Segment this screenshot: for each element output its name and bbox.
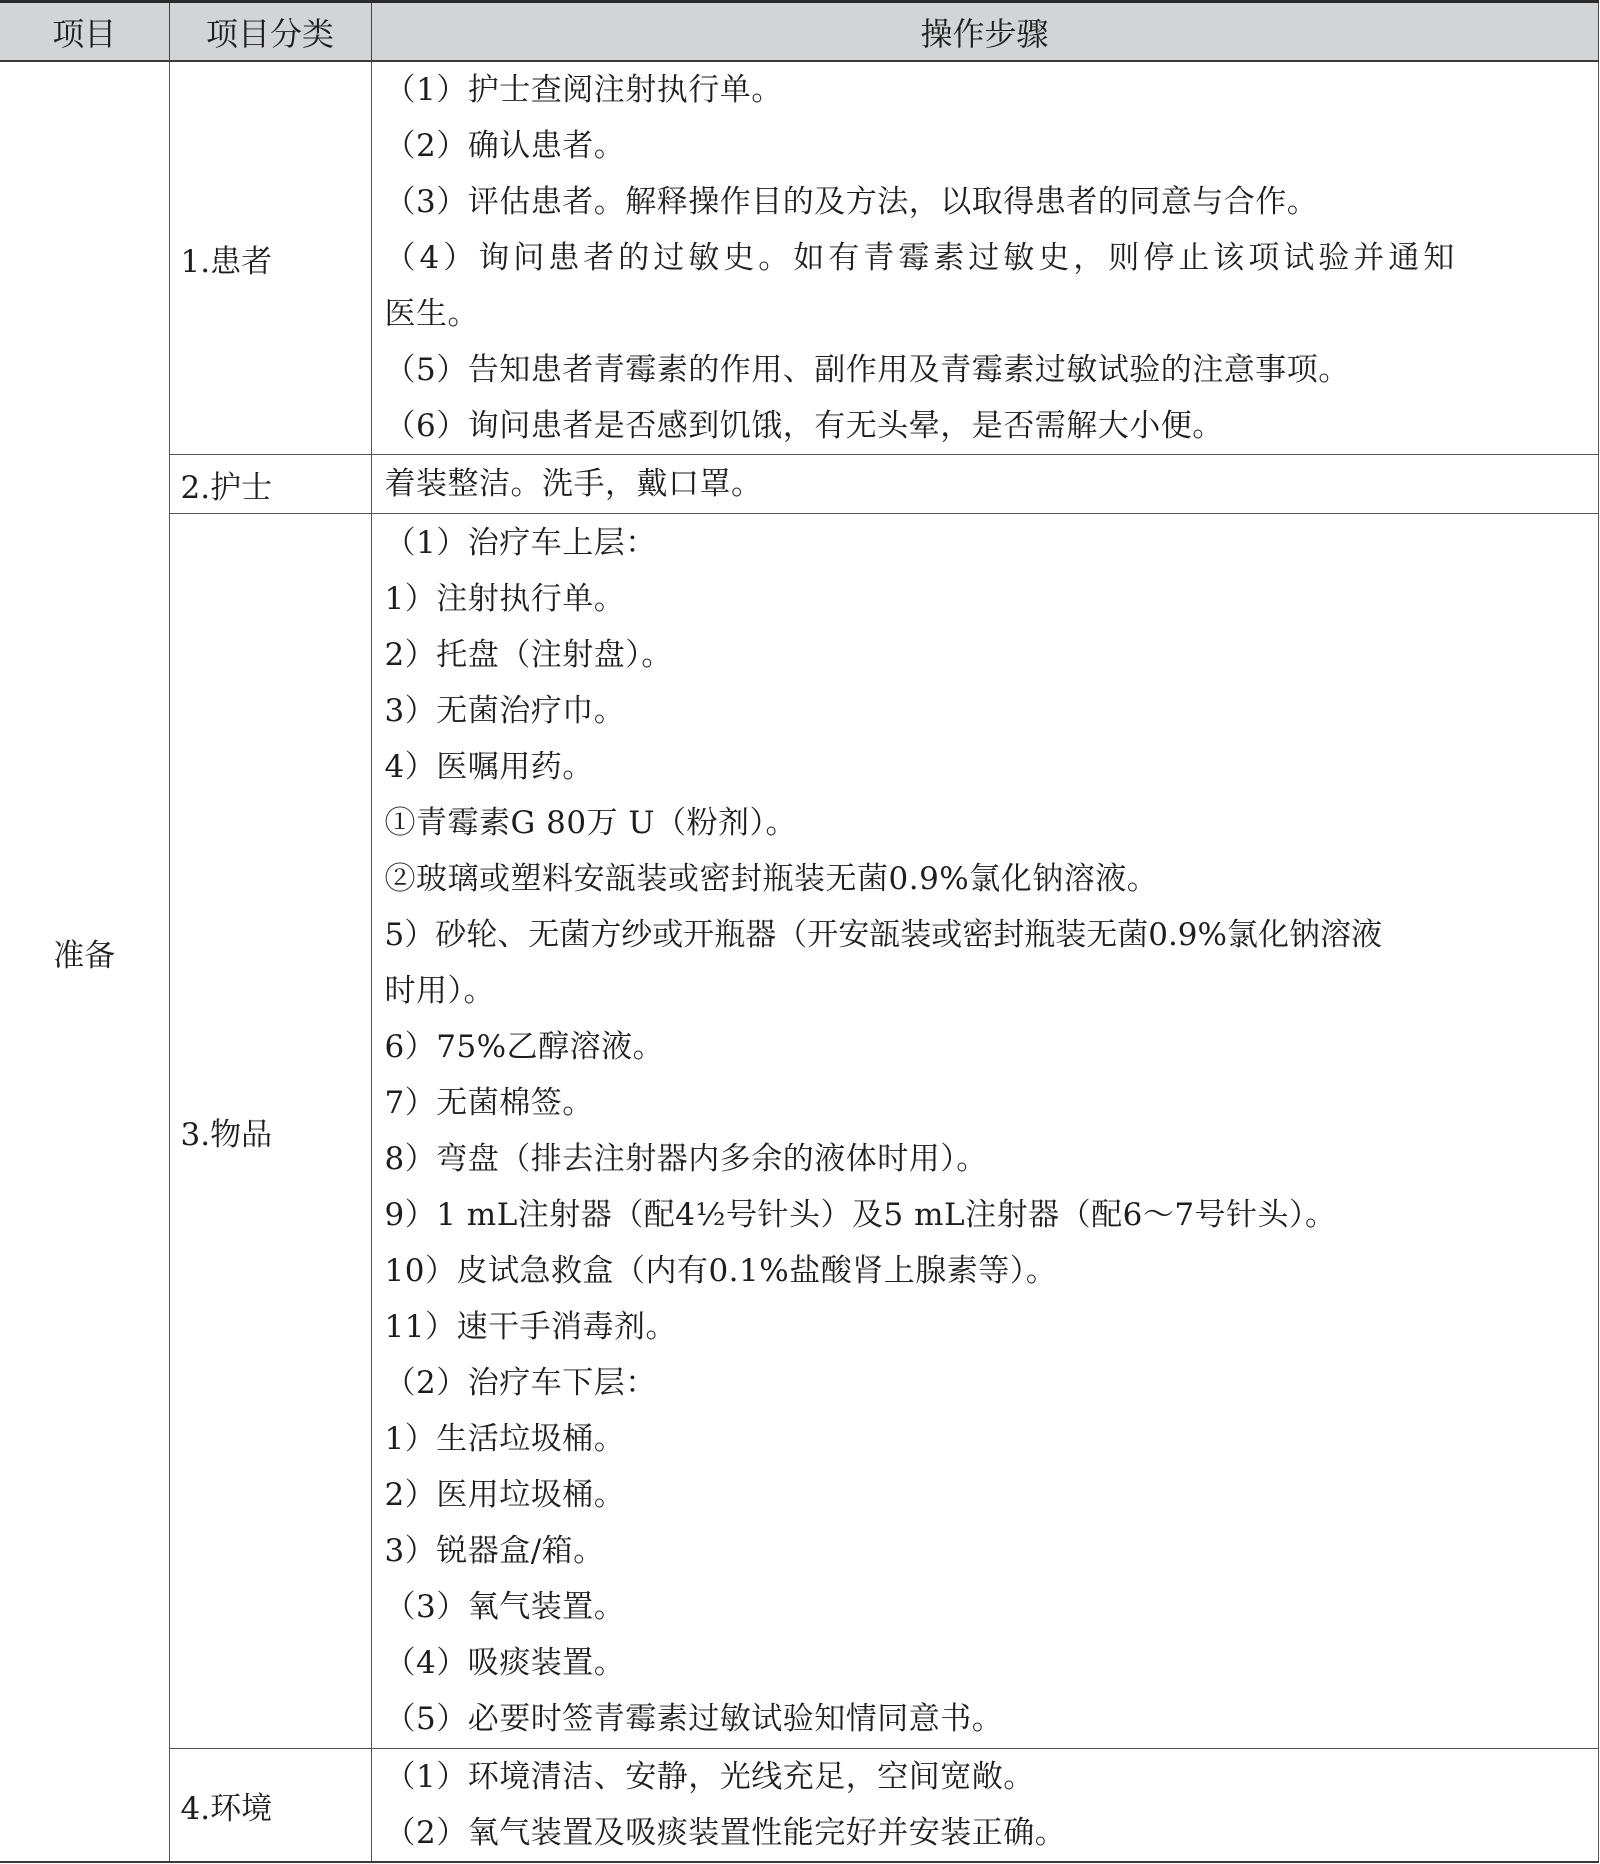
step-line: 2）医用垃圾桶。 bbox=[385, 1467, 1588, 1523]
step-line: （1）护士查阅注射执行单。 bbox=[385, 62, 1588, 118]
step-line: （1）治疗车上层： bbox=[385, 515, 1588, 571]
section-cell: 准备 bbox=[0, 61, 169, 1862]
step-line: （5）告知患者青霉素的作用、副作用及青霉素过敏试验的注意事项。 bbox=[385, 342, 1588, 398]
step-line: 4）医嘱用药。 bbox=[385, 739, 1588, 795]
procedure-table: 项目 项目分类 操作步骤 准备 1.患者 （1）护士查阅注射执行单。 （2）确认… bbox=[0, 0, 1599, 1863]
category-cell: 2.护士 bbox=[169, 455, 371, 514]
category-cell: 3.物品 bbox=[169, 514, 371, 1749]
step-line: 1）注射执行单。 bbox=[385, 571, 1588, 627]
step-line: 着装整洁。洗手，戴口罩。 bbox=[385, 456, 1588, 512]
step-line: 6）75%乙醇溶液。 bbox=[385, 1019, 1588, 1075]
step-line: （3）氧气装置。 bbox=[385, 1579, 1588, 1635]
step-line: ①青霉素G 80万 U（粉剂）。 bbox=[385, 795, 1588, 851]
step-line: （4）吸痰装置。 bbox=[385, 1635, 1588, 1691]
step-line: 时用）。 bbox=[385, 963, 1588, 1019]
table-row: 4.环境 （1）环境清洁、安静，光线充足，空间宽敞。 （2）氧气装置及吸痰装置性… bbox=[0, 1749, 1598, 1863]
step-line: （2）氧气装置及吸痰装置性能完好并安装正确。 bbox=[385, 1805, 1588, 1861]
step-line: （1）环境清洁、安静，光线充足，空间宽敞。 bbox=[385, 1749, 1588, 1805]
steps-cell: （1）环境清洁、安静，光线充足，空间宽敞。 （2）氧气装置及吸痰装置性能完好并安… bbox=[371, 1749, 1598, 1863]
steps-cell: 着装整洁。洗手，戴口罩。 bbox=[371, 455, 1598, 514]
step-line: （2）治疗车下层： bbox=[385, 1355, 1588, 1411]
step-line: （4）询问患者的过敏史。如有青霉素过敏史，则停止该项试验并通知 bbox=[385, 230, 1588, 286]
table-row: 2.护士 着装整洁。洗手，戴口罩。 bbox=[0, 455, 1598, 514]
category-cell: 4.环境 bbox=[169, 1749, 371, 1863]
step-line: 7）无菌棉签。 bbox=[385, 1075, 1588, 1131]
step-line: （2）确认患者。 bbox=[385, 118, 1588, 174]
step-line: 5）砂轮、无菌方纱或开瓶器（开安瓿装或密封瓶装无菌0.9%氯化钠溶液 bbox=[385, 907, 1588, 963]
step-line: 3）无菌治疗巾。 bbox=[385, 683, 1588, 739]
category-cell: 1.患者 bbox=[169, 61, 371, 455]
table-header-row: 项目 项目分类 操作步骤 bbox=[0, 2, 1598, 62]
step-line: 医生。 bbox=[385, 286, 1588, 342]
section-label: 准备 bbox=[53, 938, 115, 974]
step-line: 9）1 mL注射器（配4½号针头）及5 mL注射器（配6～7号针头）。 bbox=[385, 1187, 1588, 1243]
step-line: （6）询问患者是否感到饥饿，有无头晕，是否需解大小便。 bbox=[385, 398, 1588, 454]
steps-cell: （1）治疗车上层： 1）注射执行单。 2）托盘（注射盘）。 3）无菌治疗巾。 4… bbox=[371, 514, 1598, 1749]
step-line: 3）锐器盒/箱。 bbox=[385, 1523, 1588, 1579]
header-steps: 操作步骤 bbox=[371, 2, 1598, 62]
step-line: （5）必要时签青霉素过敏试验知情同意书。 bbox=[385, 1691, 1588, 1747]
step-line: 11）速干手消毒剂。 bbox=[385, 1299, 1588, 1355]
step-line: 1）生活垃圾桶。 bbox=[385, 1411, 1588, 1467]
header-category: 项目分类 bbox=[169, 2, 371, 62]
steps-cell: （1）护士查阅注射执行单。 （2）确认患者。 （3）评估患者。解释操作目的及方法… bbox=[371, 61, 1598, 455]
header-item: 项目 bbox=[0, 2, 169, 62]
table-row: 3.物品 （1）治疗车上层： 1）注射执行单。 2）托盘（注射盘）。 3）无菌治… bbox=[0, 514, 1598, 1749]
step-line: 8）弯盘（排去注射器内多余的液体时用）。 bbox=[385, 1131, 1588, 1187]
step-line: 2）托盘（注射盘）。 bbox=[385, 627, 1588, 683]
step-line: （3）评估患者。解释操作目的及方法，以取得患者的同意与合作。 bbox=[385, 174, 1588, 230]
step-line: ②玻璃或塑料安瓿装或密封瓶装无菌0.9%氯化钠溶液。 bbox=[385, 851, 1588, 907]
table-row: 准备 1.患者 （1）护士查阅注射执行单。 （2）确认患者。 （3）评估患者。解… bbox=[0, 61, 1598, 455]
step-line: 10）皮试急救盒（内有0.1%盐酸肾上腺素等）。 bbox=[385, 1243, 1588, 1299]
